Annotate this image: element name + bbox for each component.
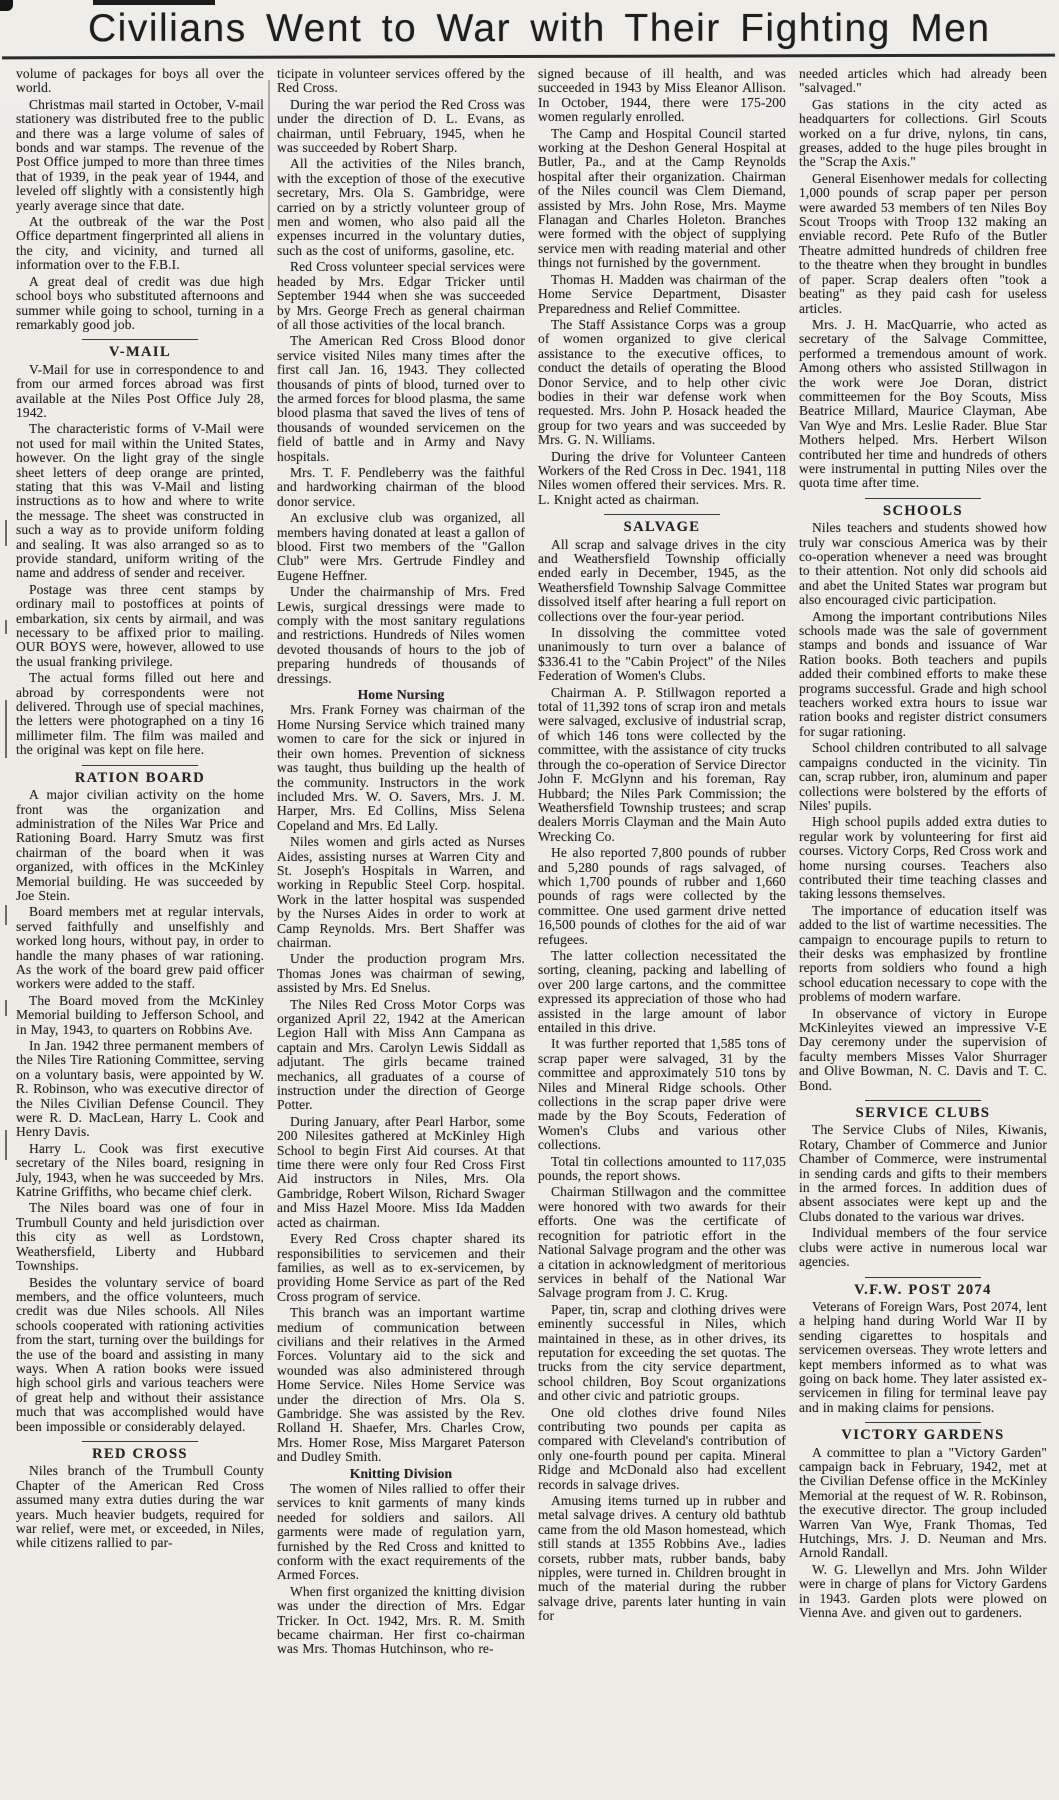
scan-edge-mark — [5, 700, 7, 758]
paragraph: Thomas H. Madden was chairman of the Hom… — [538, 273, 786, 316]
paragraph: Individual members of the four service c… — [799, 1226, 1047, 1269]
scan-edge-mark — [5, 1130, 7, 1160]
paragraph: He also reported 7,800 pounds of rubber … — [538, 846, 786, 947]
paragraph: General Eisenhower medals for collecting… — [799, 172, 1047, 316]
newspaper-page: Civilians Went to War with Their Fightin… — [0, 0, 1059, 1800]
paragraph: The characteristic forms of V-Mail were … — [16, 422, 264, 580]
news-column-3: signed because of ill health, and was su… — [538, 67, 786, 1659]
sub-heading: Knitting Division — [277, 1467, 525, 1481]
scan-edge-mark — [5, 1000, 7, 1016]
paragraph: The importance of education itself was a… — [799, 904, 1047, 1005]
paragraph: Paper, tin, scrap and clothing drives we… — [538, 1303, 786, 1404]
paragraph: Chairman Stillwagon and the committee we… — [538, 1185, 786, 1300]
scan-corner-mark — [0, 0, 13, 11]
section-divider-rule — [82, 339, 199, 340]
section-head-block: RED CROSS — [16, 1441, 264, 1461]
paragraph: Veterans of Foreign Wars, Post 2074, len… — [799, 1300, 1047, 1415]
section-heading: SALVAGE — [538, 520, 786, 534]
paragraph: signed because of ill health, and was su… — [538, 67, 786, 125]
paragraph: All the activities of the Niles branch, … — [277, 157, 525, 258]
paragraph: When first organized the knitting divisi… — [277, 1585, 525, 1657]
section-head-block: V.F.W. POST 2074 — [799, 1277, 1047, 1297]
paragraph: Postage was three cent stamps by ordinar… — [16, 583, 264, 669]
sub-heading: Home Nursing — [277, 688, 525, 702]
paragraph: The Staff Assistance Corps was a group o… — [538, 318, 786, 448]
section-divider-rule — [82, 1441, 199, 1442]
paragraph: During January, after Pearl Harbor, some… — [277, 1115, 525, 1230]
masthead: Civilians Went to War with Their Fightin… — [0, 0, 1059, 50]
paragraph: It was further reported that 1,585 tons … — [538, 1037, 786, 1152]
scan-edge-mark — [5, 620, 7, 634]
scan-edge-mark — [5, 905, 7, 925]
paragraph: volume of packages for boys all over the… — [16, 67, 264, 96]
paragraph: A great deal of credit was due high scho… — [16, 275, 264, 333]
paragraph: Total tin collections amounted to 117,03… — [538, 1155, 786, 1184]
paragraph: Christmas mail started in October, V-mai… — [16, 98, 264, 213]
paragraph: Mrs. J. H. MacQuarrie, who acted as secr… — [799, 318, 1047, 491]
paragraph: In dissolving the committee voted unanim… — [538, 626, 786, 684]
paragraph: needed articles which had already been "… — [799, 67, 1047, 96]
paragraph: Red Cross volunteer special services wer… — [277, 260, 525, 332]
paragraph: Niles women and girls acted as Nurses Ai… — [277, 835, 525, 950]
section-divider-rule — [865, 1422, 982, 1423]
page-title: Civilians Went to War with Their Fightin… — [88, 8, 1039, 50]
scan-edge-mark — [5, 520, 7, 546]
section-heading: RED CROSS — [16, 1447, 264, 1461]
paragraph: Among the important contributions Niles … — [799, 610, 1047, 740]
paragraph: The women of Niles rallied to offer thei… — [277, 1482, 525, 1583]
news-column-4: needed articles which had already been "… — [799, 67, 1047, 1659]
section-head-block: RATION BOARD — [16, 765, 264, 785]
section-head-block: SERVICE CLUBS — [799, 1100, 1047, 1120]
paragraph: The Niles Red Cross Motor Corps was orga… — [277, 998, 525, 1113]
paragraph: Gas stations in the city acted as headqu… — [799, 98, 1047, 170]
section-heading: SCHOOLS — [799, 504, 1047, 518]
section-heading: V.F.W. POST 2074 — [799, 1283, 1047, 1297]
paragraph: The Camp and Hospital Council started wo… — [538, 127, 786, 271]
paragraph: Niles teachers and students showed how t… — [799, 521, 1047, 607]
paragraph: A committee to plan a "Victory Garden" c… — [799, 1446, 1047, 1561]
section-divider-rule — [865, 1100, 982, 1101]
news-column-2: ticipate in volunteer services offered b… — [277, 67, 525, 1659]
section-divider-rule — [82, 765, 199, 766]
paragraph: Mrs. Frank Forney was chairman of the Ho… — [277, 703, 525, 833]
paragraph: Besides the voluntary service of board m… — [16, 1276, 264, 1434]
scan-top-mark — [93, 0, 215, 5]
paragraph: All scrap and salvage drives in the city… — [538, 538, 786, 624]
paragraph: Harry L. Cook was first executive secret… — [16, 1142, 264, 1200]
paragraph: Under the production program Mrs. Thomas… — [277, 952, 525, 995]
paragraph: During the war period the Red Cross was … — [277, 98, 525, 156]
section-heading: VICTORY GARDENS — [799, 1428, 1047, 1442]
paragraph: V-Mail for use in correspondence to and … — [16, 363, 264, 421]
section-heading: V-MAIL — [16, 345, 264, 359]
section-head-block: V-MAIL — [16, 339, 264, 359]
paragraph: Mrs. T. F. Pendleberry was the faithful … — [277, 466, 525, 509]
paragraph: Board members met at regular intervals, … — [16, 905, 264, 991]
section-head-block: SALVAGE — [538, 514, 786, 534]
paragraph: W. G. Llewellyn and Mrs. John Wilder wer… — [799, 1563, 1047, 1621]
paragraph: The latter collection necessitated the s… — [538, 949, 786, 1035]
columns: volume of packages for boys all over the… — [0, 58, 1059, 1659]
section-head-block: SCHOOLS — [799, 498, 1047, 518]
paragraph: In observance of victory in Europe McKin… — [799, 1007, 1047, 1093]
paragraph: One old clothes drive found Niles contri… — [538, 1406, 786, 1492]
paragraph: At the outbreak of the war the Post Offi… — [16, 215, 264, 273]
paragraph: The Niles board was one of four in Trumb… — [16, 1201, 264, 1273]
paragraph: Amusing items turned up in rubber and me… — [538, 1494, 786, 1624]
paragraph: School children contributed to all salva… — [799, 741, 1047, 813]
paragraph: The Board moved from the McKinley Memori… — [16, 994, 264, 1037]
section-head-block: VICTORY GARDENS — [799, 1422, 1047, 1442]
paragraph: The Service Clubs of Niles, Kiwanis, Rot… — [799, 1123, 1047, 1224]
section-heading: SERVICE CLUBS — [799, 1106, 1047, 1120]
paragraph: Under the chairmanship of Mrs. Fred Lewi… — [277, 585, 525, 686]
news-column-1: volume of packages for boys all over the… — [16, 67, 264, 1659]
section-divider-rule — [865, 1277, 982, 1278]
paragraph: High school pupils added extra duties to… — [799, 815, 1047, 901]
paragraph: During the drive for Volunteer Canteen W… — [538, 450, 786, 508]
paragraph: The actual forms filled out here and abr… — [16, 671, 264, 757]
paragraph: Every Red Cross chapter shared its respo… — [277, 1232, 525, 1304]
section-divider-rule — [865, 498, 982, 499]
paragraph: In Jan. 1942 three permanent members of … — [16, 1039, 264, 1140]
paragraph: A major civilian activity on the home fr… — [16, 788, 264, 903]
paragraph: An exclusive club was organized, all mem… — [277, 511, 525, 583]
section-heading: RATION BOARD — [16, 771, 264, 785]
section-divider-rule — [604, 514, 721, 515]
paragraph: Niles branch of the Trumbull County Chap… — [16, 1464, 264, 1550]
paragraph: The American Red Cross Blood donor servi… — [277, 334, 525, 464]
paragraph: ticipate in volunteer services offered b… — [277, 67, 525, 96]
paragraph: This branch was an important wartime med… — [277, 1306, 525, 1464]
paragraph: Chairman A. P. Stillwagon reported a tot… — [538, 686, 786, 844]
scan-gutter-mark — [268, 80, 270, 230]
